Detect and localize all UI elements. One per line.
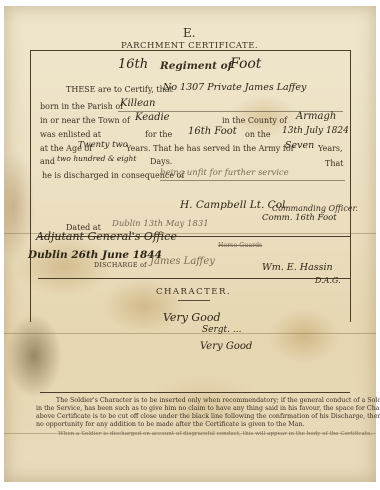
parish-value: Killean: [120, 98, 155, 109]
footnote-line-3: above Certificate is to be cut off close…: [36, 413, 380, 420]
frame-top: [30, 50, 350, 51]
character-line-3: Very Good: [200, 341, 252, 352]
soldier-name: No 1307 Private James Laffey: [163, 82, 306, 93]
enlisted-date: 13th July 1824: [282, 126, 349, 136]
regiment-number: 16th: [118, 57, 148, 72]
footnote-line-2: in the Service, has been such as to give…: [36, 405, 380, 412]
adjutant-signature: Wm. E. Hassin: [262, 262, 333, 273]
struck-text: Horse Guards: [218, 242, 262, 249]
adjutant-office: Adjutant General's Office: [36, 230, 177, 243]
town-label: in or near the Town of: [40, 116, 130, 125]
frame-left: [30, 50, 31, 322]
regiment-label: Regiment of: [160, 60, 232, 72]
county-value: Armagh: [296, 111, 336, 122]
dated-value: Dublin 13th May 1831: [112, 219, 209, 229]
enlisted-regiment: 16th Foot: [188, 126, 237, 137]
that-label: That: [325, 159, 343, 168]
character-heading: CHARACTER.: [156, 287, 231, 297]
officer-label: Commanding Officer.: [272, 204, 358, 213]
days-label: Days.: [150, 157, 172, 166]
served-label: Years. That he has served in the Army fo…: [126, 144, 294, 153]
certify-label: THESE are to Certify, that: [66, 85, 173, 94]
county-label: in the County of: [222, 116, 287, 125]
form-letter: E.: [183, 26, 196, 40]
character-rule: [178, 300, 210, 301]
discharge-reason: being unfit for further service: [160, 168, 289, 178]
character-line-2: Sergt. ...: [202, 325, 241, 335]
footnote-line-4: no opportunity for any addition to be ma…: [36, 421, 305, 428]
character-divider: [38, 278, 350, 279]
discharge-of-label: DISCHARGE of: [94, 262, 147, 269]
dublin-date: Dublin 26th June 1844: [28, 249, 162, 261]
officer-subtitle: Comm. 16th Foot: [262, 213, 337, 223]
fold-line: [4, 333, 376, 334]
town-value: Keadie: [135, 112, 170, 123]
regiment-arm: Foot: [230, 56, 261, 72]
footnote-line-1: The Soldier's Character is to be inserte…: [56, 397, 380, 404]
frame-bottom: [40, 392, 350, 393]
and-label: and: [40, 157, 55, 166]
discharge-of-name: James Laffey: [150, 256, 215, 267]
parish-label: born in the Parish of: [40, 102, 123, 111]
served-years: Seven: [285, 140, 314, 151]
years-label: Years,: [318, 144, 343, 153]
for-the-label: for the: [145, 130, 172, 139]
on-the-label: on the: [245, 130, 271, 139]
frame-right: [350, 50, 351, 322]
age-value: Twenty two: [78, 140, 128, 150]
footnote-line-5: When a Soldier is discharged on account …: [58, 431, 372, 437]
character-line-1: Very Good: [163, 311, 221, 324]
served-days: two hundred & eight: [57, 154, 136, 163]
adjutant-title: D.A.G.: [315, 276, 341, 285]
enlisted-label: was enlisted at: [40, 130, 101, 139]
